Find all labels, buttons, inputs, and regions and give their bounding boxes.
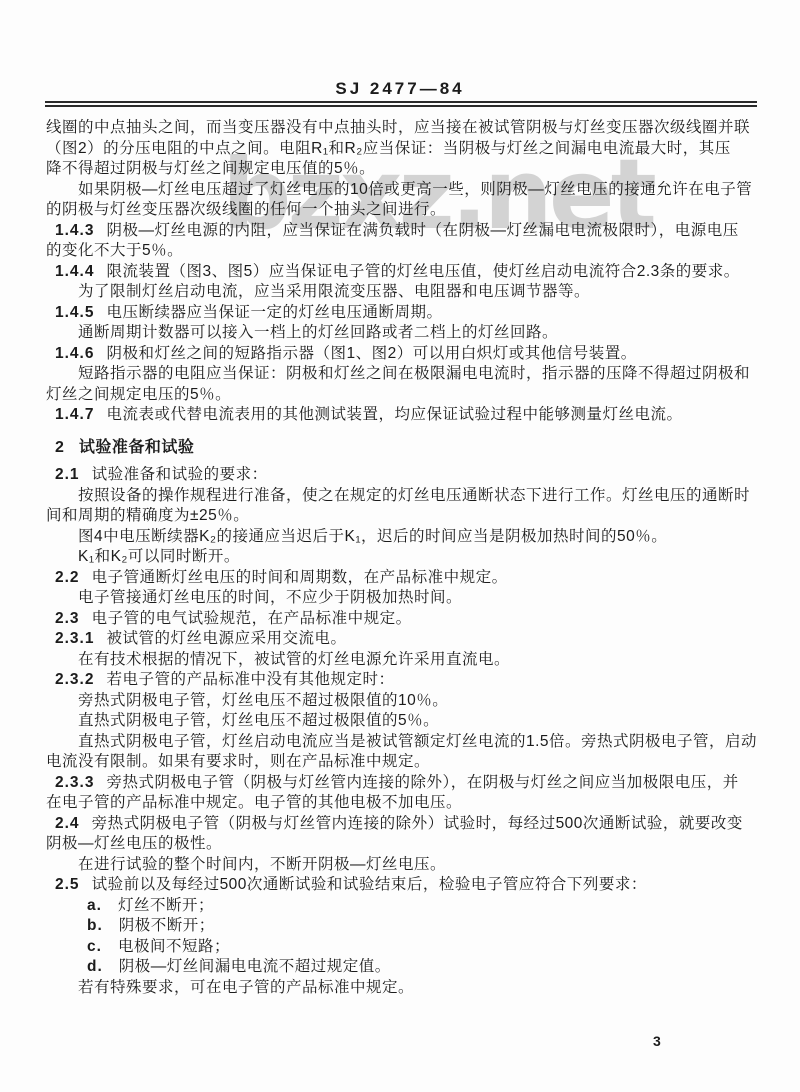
text-line: 2.2电子管通断灯丝电压的时间和周期数，在产品标准中规定。 [46, 568, 760, 589]
line-text: 短路指示器的电阻应当保证：阴极和灯丝之间在极限漏电电流时，指示器的压降不得超过阴… [78, 365, 750, 382]
clause-number: 1.4.7 [55, 406, 94, 423]
clause-number: 1.4.5 [55, 304, 94, 321]
line-text: 阴极—灯丝电源的内阻，应当保证在满负载时（在阴极—灯丝漏电电流极限时），电源电压 [106, 222, 738, 239]
standard-number: SJ 2477—84 [0, 79, 800, 99]
text-line: 2.4旁热式阴极电子管（阴极与灯丝管内连接的除外）试验时，每经过500次通断试验… [46, 814, 760, 835]
line-text: 间和周期的精确度为±25％。 [46, 507, 249, 524]
text-line: d.阴极—灯丝间漏电电流不超过规定值。 [46, 957, 760, 978]
line-text: （图2）的分压电阻的中点之间。电阻R₁和R₂应当保证：当阴极与灯丝之间漏电电流最… [46, 140, 731, 157]
text-line: a.灯丝不断开； [46, 896, 760, 917]
text-line: 2.3.3旁热式阴极电子管（阴极与灯丝管内连接的除外），在阴极与灯丝之间应当加极… [46, 773, 760, 794]
clause-number: b. [87, 917, 103, 934]
line-text: 灯丝之间规定电压的5％。 [46, 386, 231, 403]
clause-number: 2.4 [55, 815, 80, 832]
line-text: 的变化不大于5％。 [46, 242, 183, 259]
text-line: 1.4.4限流装置（图3、图5）应当保证电子管的灯丝电压值，使灯丝启动电流符合2… [46, 262, 760, 283]
clause-number: 2.3.1 [55, 630, 94, 647]
text-line: 2.1试验准备和试验的要求： [46, 465, 760, 486]
line-text: 电压断续器应当保证一定的灯丝电压通断周期。 [106, 304, 442, 321]
text-line: 在进行试验的整个时间内，不断开阴极—灯丝电压。 [46, 855, 760, 876]
text-line: 直热式阴极电子管，灯丝启动电流应当是被试管额定灯丝电流的1.5倍。旁热式阴极电子… [46, 732, 760, 753]
clause-number: 2.2 [55, 569, 80, 586]
line-text: 阴极—灯丝间漏电电流不超过规定值。 [119, 958, 391, 975]
line-text: 的阴极与灯丝变压器次级线圈的任何一个抽头之间进行。 [46, 201, 446, 218]
clause-number: 2 [55, 439, 65, 456]
line-text: 按照设备的操作规程进行准备，使之在规定的灯丝电压通断状态下进行工作。灯丝电压的通… [78, 487, 750, 504]
text-line: 2.3.2若电子管的产品标准中没有其他规定时： [46, 670, 760, 691]
text-line: 如果阴极—灯丝电压超过了灯丝电压的10倍或更高一些，则阴极—灯丝电压的接通允许在… [46, 180, 760, 201]
line-text: 电流表或代替电流表用的其他测试装置，均应保证试验过程中能够测量灯丝电流。 [106, 406, 682, 423]
line-text: 如果阴极—灯丝电压超过了灯丝电压的10倍或更高一些，则阴极—灯丝电压的接通允许在… [78, 181, 752, 198]
text-line: 直热式阴极电子管，灯丝电压不超过极限值的5％。 [46, 711, 760, 732]
line-text: 阴极和灯丝之间的短路指示器（图1、图2）可以用白炽灯或其他信号装置。 [106, 345, 636, 362]
line-text: 旁热式阴极电子管，灯丝电压不超过极限值的10％。 [78, 692, 448, 709]
line-text: 限流装置（图3、图5）应当保证电子管的灯丝电压值，使灯丝启动电流符合2.3条的要… [106, 263, 739, 280]
text-line: 2.5试验前以及每经过500次通断试验和试验结束后，检验电子管应符合下列要求： [46, 875, 760, 896]
text-line: K₁和K₂可以同时断开。 [46, 547, 760, 568]
text-line: 1.4.5电压断续器应当保证一定的灯丝电压通断周期。 [46, 303, 760, 324]
text-line: 通断周期计数器可以接入一档上的灯丝回路或者二档上的灯丝回路。 [46, 323, 760, 344]
clause-number: 2.1 [55, 466, 80, 483]
line-text: 通断周期计数器可以接入一档上的灯丝回路或者二档上的灯丝回路。 [78, 324, 558, 341]
text-line: 1.4.6阴极和灯丝之间的短路指示器（图1、图2）可以用白炽灯或其他信号装置。 [46, 344, 760, 365]
clause-number: 1.4.4 [55, 263, 94, 280]
line-text: K₁和K₂可以同时断开。 [78, 548, 240, 565]
text-line: 为了限制灯丝启动电流，应当采用限流变压器、电阻器和电压调节器等。 [46, 282, 760, 303]
line-text: 线圈的中点抽头之间，而当变压器没有中点抽头时，应当接在被试管阴极与灯丝变压器次级… [46, 119, 750, 136]
text-line: 的阴极与灯丝变压器次级线圈的任何一个抽头之间进行。 [46, 200, 760, 221]
line-text: 被试管的灯丝电源应采用交流电。 [106, 630, 346, 647]
line-text: 电子管的电气试验规范，在产品标准中规定。 [92, 610, 412, 627]
document-page: bzxz.net SJ 2477—84 线圈的中点抽头之间，而当变压器没有中点抽… [0, 0, 800, 1092]
text-line: （图2）的分压电阻的中点之间。电阻R₁和R₂应当保证：当阴极与灯丝之间漏电电流最… [46, 139, 760, 160]
text-line: 电流没有限制。如果有要求时，则在产品标准中规定。 [46, 752, 760, 773]
clause-number: 1.4.6 [55, 345, 94, 362]
clause-number: 2.3.2 [55, 671, 94, 688]
line-text: 降不得超过阴极与灯丝之间规定电压值的5％。 [46, 160, 375, 177]
line-text: 若有特殊要求，可在电子管的产品标准中规定。 [78, 979, 414, 996]
text-line: 按照设备的操作规程进行准备，使之在规定的灯丝电压通断状态下进行工作。灯丝电压的通… [46, 486, 760, 507]
line-text: 阴极—灯丝电压的极性。 [46, 835, 222, 852]
clause-number: d. [87, 958, 103, 975]
line-text: 试验准备和试验 [79, 439, 195, 456]
line-text: 电子管通断灯丝电压的时间和周期数，在产品标准中规定。 [92, 569, 508, 586]
line-text: 灯丝不断开； [118, 897, 214, 914]
clause-number: c. [87, 938, 102, 955]
line-text: 图4中电压断续器K₂的接通应当迟后于K₁，迟后的时间应当是阴极加热时间的50％。 [78, 528, 667, 545]
text-line: b.阴极不断开； [46, 916, 760, 937]
text-line: 1.4.3阴极—灯丝电源的内阻，应当保证在满负载时（在阴极—灯丝漏电电流极限时）… [46, 221, 760, 242]
text-line: 线圈的中点抽头之间，而当变压器没有中点抽头时，应当接在被试管阴极与灯丝变压器次级… [46, 118, 760, 139]
section-heading: 2试验准备和试验 [46, 438, 760, 459]
line-text: 电流没有限制。如果有要求时，则在产品标准中规定。 [46, 753, 430, 770]
line-text: 直热式阴极电子管，灯丝电压不超过极限值的5％。 [78, 712, 439, 729]
clause-number: 1.4.3 [55, 222, 94, 239]
text-line: 的变化不大于5％。 [46, 241, 760, 262]
text-line: 2.3电子管的电气试验规范，在产品标准中规定。 [46, 609, 760, 630]
line-text: 试验准备和试验的要求： [92, 466, 268, 483]
line-text: 电极间不短路； [118, 938, 230, 955]
line-text: 在进行试验的整个时间内，不断开阴极—灯丝电压。 [78, 856, 446, 873]
text-line: 图4中电压断续器K₂的接通应当迟后于K₁，迟后的时间应当是阴极加热时间的50％。 [46, 527, 760, 548]
clause-number: 2.3.3 [55, 774, 94, 791]
header-rule [45, 101, 757, 107]
text-line: 2.3.1被试管的灯丝电源应采用交流电。 [46, 629, 760, 650]
clause-number: 2.5 [55, 876, 80, 893]
text-line: 降不得超过阴极与灯丝之间规定电压值的5％。 [46, 159, 760, 180]
line-text: 旁热式阴极电子管（阴极与灯丝管内连接的除外），在阴极与灯丝之间应当加极限电压，并 [106, 774, 738, 791]
line-text: 在电子管的产品标准中规定。电子管的其他电极不加电压。 [46, 794, 462, 811]
document-body: 线圈的中点抽头之间，而当变压器没有中点抽头时，应当接在被试管阴极与灯丝变压器次级… [46, 118, 760, 998]
line-text: 直热式阴极电子管，灯丝启动电流应当是被试管额定灯丝电流的1.5倍。旁热式阴极电子… [78, 733, 757, 750]
line-text: 电子管接通灯丝电压的时间，不应少于阴极加热时间。 [78, 589, 462, 606]
line-text: 在有技术根据的情况下，被试管的灯丝电源允许采用直流电。 [78, 651, 510, 668]
text-line: 在电子管的产品标准中规定。电子管的其他电极不加电压。 [46, 793, 760, 814]
text-line: 电子管接通灯丝电压的时间，不应少于阴极加热时间。 [46, 588, 760, 609]
text-line: 短路指示器的电阻应当保证：阴极和灯丝之间在极限漏电电流时，指示器的压降不得超过阴… [46, 364, 760, 385]
text-line: 间和周期的精确度为±25％。 [46, 506, 760, 527]
text-line: 若有特殊要求，可在电子管的产品标准中规定。 [46, 978, 760, 999]
clause-number: 2.3 [55, 610, 80, 627]
line-text: 为了限制灯丝启动电流，应当采用限流变压器、电阻器和电压调节器等。 [78, 283, 590, 300]
clause-number: a. [87, 897, 102, 914]
line-text: 阴极不断开； [119, 917, 215, 934]
page-number: 3 [653, 1033, 661, 1049]
text-line: 1.4.7电流表或代替电流表用的其他测试装置，均应保证试验过程中能够测量灯丝电流… [46, 405, 760, 426]
text-line: 阴极—灯丝电压的极性。 [46, 834, 760, 855]
text-line: 灯丝之间规定电压的5％。 [46, 385, 760, 406]
line-text: 旁热式阴极电子管（阴极与灯丝管内连接的除外）试验时，每经过500次通断试验，就要… [92, 815, 743, 832]
line-text: 若电子管的产品标准中没有其他规定时： [106, 671, 394, 688]
text-line: 旁热式阴极电子管，灯丝电压不超过极限值的10％。 [46, 691, 760, 712]
text-line: 在有技术根据的情况下，被试管的灯丝电源允许采用直流电。 [46, 650, 760, 671]
text-line: c.电极间不短路； [46, 937, 760, 958]
line-text: 试验前以及每经过500次通断试验和试验结束后，检验电子管应符合下列要求： [92, 876, 647, 893]
